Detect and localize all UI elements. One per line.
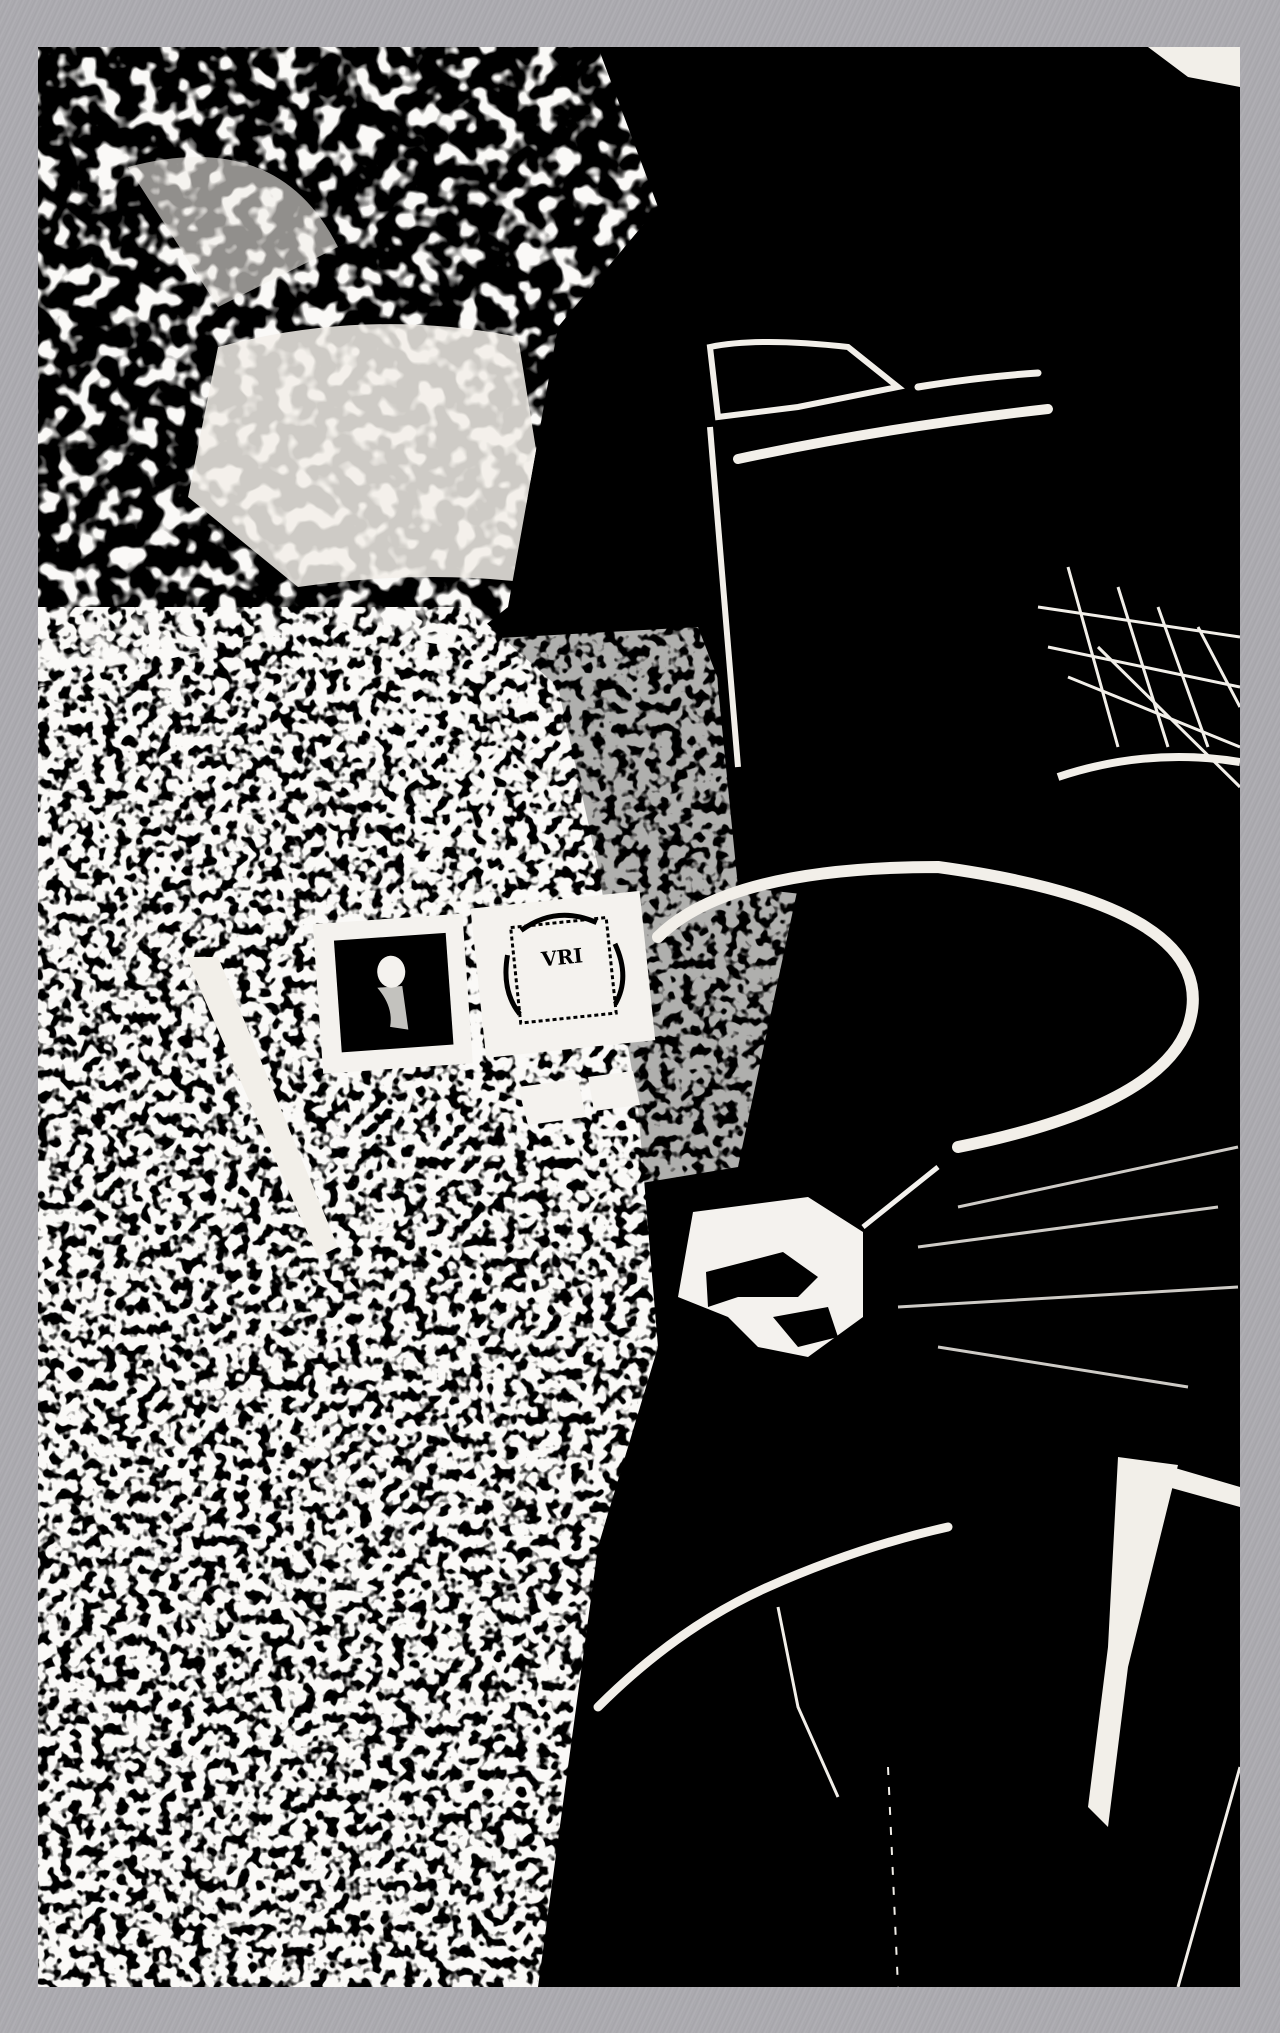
crested-card: VRI: [470, 891, 655, 1058]
paper-scrap: [588, 1071, 640, 1111]
photo-canvas: VRI: [38, 47, 1240, 1987]
cover-photograph: VRI: [38, 47, 1240, 1987]
paper-scrap: [518, 1079, 586, 1125]
portrait-frame: [313, 914, 473, 1074]
card-monogram: VRI: [539, 943, 584, 971]
dark-bin: [698, 337, 1098, 927]
